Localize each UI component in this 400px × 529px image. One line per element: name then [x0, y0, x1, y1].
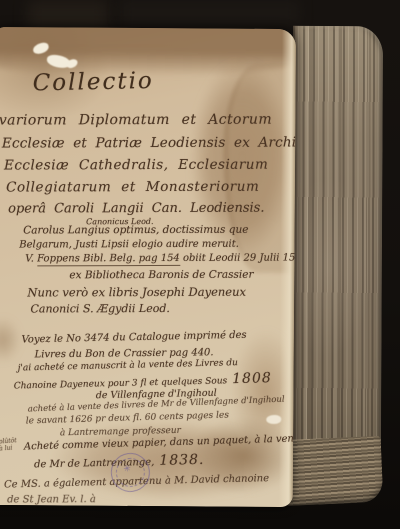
stamp-center-glyph: ✳	[123, 464, 132, 475]
citation-underlined: Foppens Bibl. Belg. pag 154	[37, 253, 180, 266]
manuscript-title: Collectio	[32, 68, 154, 97]
manuscript-line: Belgarum, Justi Lipsii elogio audire mer…	[19, 239, 239, 251]
background-shadow	[120, 0, 300, 24]
citation-line: V. Foppens Bibl. Belg. pag 154 obiit Leo…	[25, 252, 296, 264]
handwritten-text: Collectio variorum Diplomatum et Actorum…	[0, 28, 295, 507]
book-fore-edge-bottom-corner	[278, 436, 384, 506]
manuscript-line: Canonici S. Ægydii Leod.	[30, 302, 169, 315]
manuscript-line: Nunc verò ex libris Josephi Dayeneux	[27, 285, 246, 300]
manuscript-line: operâ Caroli Langii Can. Leodiensis.	[8, 201, 264, 217]
book-fore-edge	[291, 26, 383, 464]
manuscript-line: Ecclesiæ Cathedralis, Ecclesiarum	[4, 157, 268, 174]
year-1838: 1838.	[159, 452, 204, 469]
manuscript-line: Collegiatarum et Monasteriorum	[6, 179, 259, 196]
photo-of-manuscript-book: Collectio variorum Diplomatum et Actorum…	[0, 0, 400, 529]
provenance-note: de St Jean Ev. l. à	[7, 494, 96, 505]
citation-suffix: obiit Leodii 29 Julii 1573.	[180, 252, 296, 263]
manuscript-title-page: Collectio variorum Diplomatum et Actorum…	[0, 27, 296, 507]
manuscript-line: variorum Diplomatum et Actorum	[0, 112, 272, 129]
background-shadow	[28, 0, 108, 30]
manuscript-line: ex Bibliotheca Baronis de Crassier	[69, 269, 253, 282]
citation-prefix: V.	[25, 253, 37, 264]
pencil-scribble: plûtôtà lui	[0, 437, 17, 452]
provenance-note: Voyez le No 3474 du Catalogue imprimé de…	[21, 330, 246, 346]
year-1808: 1808	[232, 370, 272, 387]
manuscript-line: Carolus Langius optimus, doctissimus que	[23, 224, 248, 237]
manuscript-line: Ecclesiæ et Patriæ Leodiensis ex Archivi…	[2, 134, 296, 151]
